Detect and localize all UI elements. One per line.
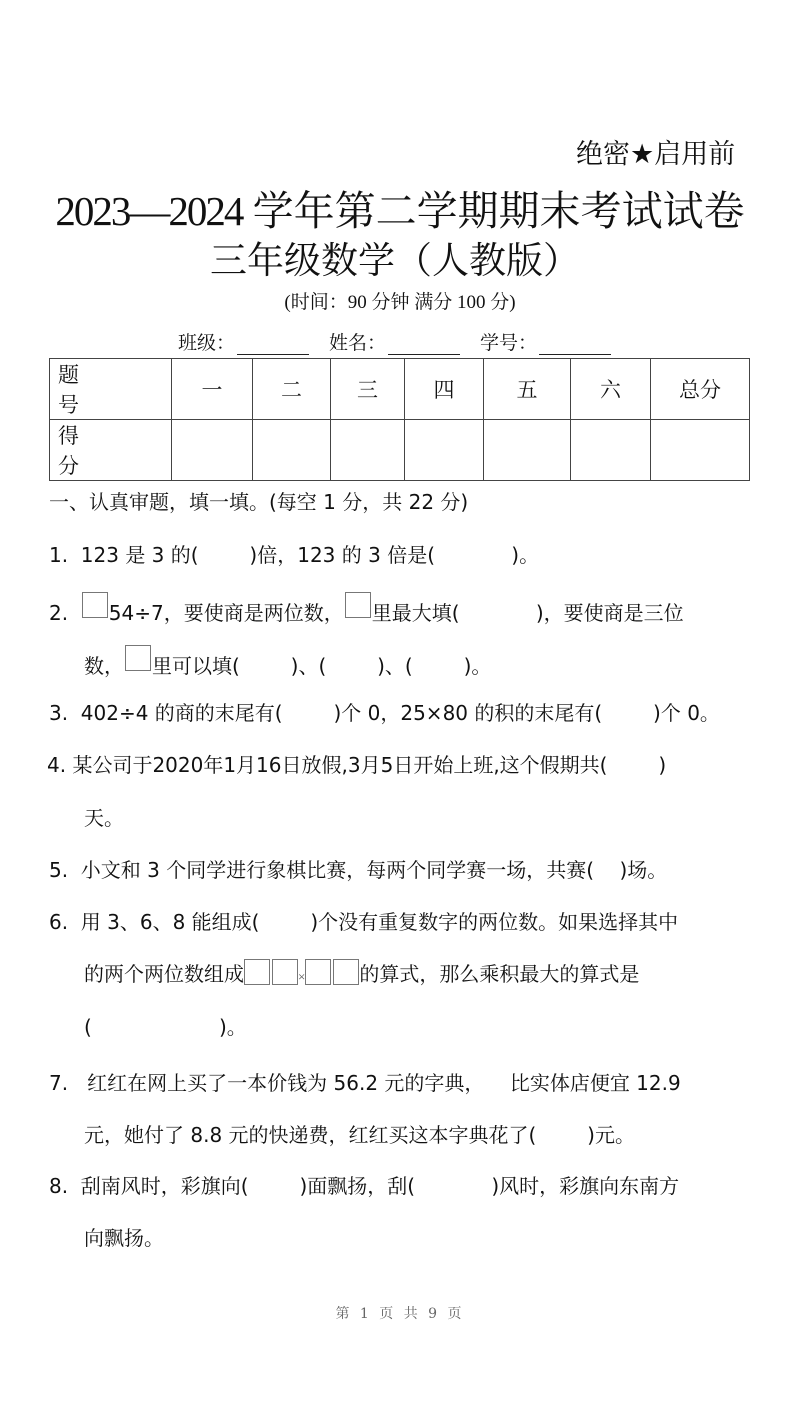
question-6-line-2: 的两个两位数组成×的算式，那么乘积最大的算式是 xyxy=(84,958,639,987)
score-cell-3[interactable] xyxy=(331,420,405,481)
student-id-field[interactable]: 学号： xyxy=(480,328,611,355)
section-1-heading: 一、认真审题，填一填。(每空 1 分，共 22 分) xyxy=(49,486,468,515)
digit-box[interactable] xyxy=(272,959,298,985)
title-year: 2023—2024 xyxy=(55,188,242,234)
question-2-line-1: 2. 54÷7，要使商是两位数，里最大填( )，要使商是三位 xyxy=(49,592,684,626)
score-cell-2[interactable] xyxy=(253,420,331,481)
title-text: 学年第二学期期末考试试卷 xyxy=(253,187,745,235)
digit-box[interactable] xyxy=(244,959,270,985)
time-info: (时间：90 分钟 满分 100 分) xyxy=(0,287,800,314)
header-cell-total: 总分 xyxy=(651,359,750,420)
score-cell-6[interactable] xyxy=(571,420,651,481)
question-8-line-1: 8. 刮南风时，彩旗向( )面飘扬，刮( )风时，彩旗向东南方 xyxy=(49,1170,679,1199)
question-4-line-2: 天。 xyxy=(84,802,124,831)
score-cell-total[interactable] xyxy=(651,420,750,481)
score-table-header-row: 题 号 一 二 三 四 五 六 总分 xyxy=(50,359,750,420)
header-cell-4: 四 xyxy=(405,359,484,420)
student-info-fields: 班级： 姓名： 学号： xyxy=(178,328,631,355)
header-cell-6: 六 xyxy=(571,359,651,420)
score-table-score-row: 得 分 xyxy=(50,420,750,481)
question-4-line-1: 4. 某公司于2020年1月16日放假,3月5日开始上班,这个假期共( ) xyxy=(47,749,666,778)
student-id-blank[interactable] xyxy=(539,334,611,355)
class-field[interactable]: 班级： xyxy=(178,328,309,355)
class-blank[interactable] xyxy=(237,334,309,355)
question-1: 1. 123 是 3 的( )倍，123 的 3 倍是( )。 xyxy=(49,539,539,568)
score-label: 得 分 xyxy=(50,420,172,481)
class-label: 班级： xyxy=(178,328,235,355)
page-number: 第 1 页 共 9 页 xyxy=(0,1303,800,1323)
exam-subtitle: 三年级数学（人教版） xyxy=(0,230,790,284)
digit-box[interactable] xyxy=(125,645,151,671)
header-cell-5: 五 xyxy=(484,359,571,420)
header-cell-1: 一 xyxy=(172,359,253,420)
name-blank[interactable] xyxy=(388,334,460,355)
digit-box[interactable] xyxy=(333,959,359,985)
digit-box[interactable] xyxy=(305,959,331,985)
question-2-line-2: 数，里可以填( )、( )、( )。 xyxy=(84,645,491,679)
score-cell-5[interactable] xyxy=(484,420,571,481)
name-field[interactable]: 姓名： xyxy=(329,328,460,355)
question-6-line-1: 6. 用 3、6、8 能组成( )个没有重复数字的两位数。如果选择其中 xyxy=(49,906,678,935)
header-cell-2: 二 xyxy=(253,359,331,420)
score-table: 题 号 一 二 三 四 五 六 总分 得 分 xyxy=(49,358,750,481)
question-5: 5. 小文和 3 个同学进行象棋比赛，每两个同学赛一场，共赛( )场。 xyxy=(49,854,667,883)
question-6-line-3: ( )。 xyxy=(84,1011,247,1040)
question-7-line-2: 元，她付了 8.8 元的快递费，红红买这本字典花了( )元。 xyxy=(84,1119,635,1148)
digit-box[interactable] xyxy=(345,592,371,618)
digit-box[interactable] xyxy=(82,592,108,618)
header-cell-3: 三 xyxy=(331,359,405,420)
confidential-mark: 绝密★启用前 xyxy=(576,132,735,171)
exam-title: 2023—2024 学年第二学期期末考试试卷 xyxy=(0,178,800,237)
multiply-sign: × xyxy=(298,969,305,984)
question-3: 3. 402÷4 的商的末尾有( )个 0，25×80 的积的末尾有( )个 0… xyxy=(49,697,720,726)
student-id-label: 学号： xyxy=(480,328,537,355)
question-number-label: 题 号 xyxy=(50,359,172,420)
score-cell-1[interactable] xyxy=(172,420,253,481)
name-label: 姓名： xyxy=(329,328,386,355)
question-7-line-1: 7. 红红在网上买了一本价钱为 56.2 元的字典， 比实体店便宜 12.9 xyxy=(49,1067,681,1096)
question-8-line-2: 向飘扬。 xyxy=(84,1222,164,1251)
score-cell-4[interactable] xyxy=(405,420,484,481)
